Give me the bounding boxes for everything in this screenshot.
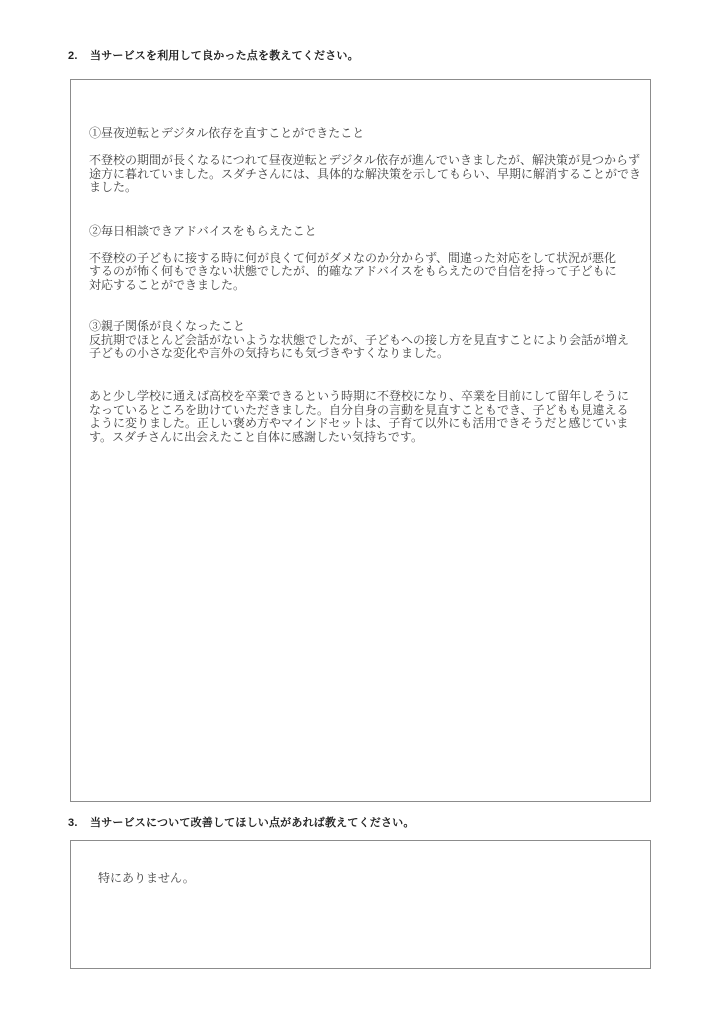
question-3-answer-text: 特にありません。: [98, 872, 642, 885]
question-2-number: 2.: [68, 49, 90, 64]
answer-section-4-body: あと少し学校に通えば高校を卒業できるという時期に不登校になり、卒業を目前にして留…: [89, 390, 646, 444]
answer-section-2-title: ②毎日相談できアドバイスをもらえたこと: [89, 225, 646, 238]
question-3-number: 3.: [68, 816, 90, 831]
question-2-label: 当サービスを利用して良かった点を教えてください。: [90, 49, 359, 64]
answer-section-3-body: 反抗期でほとんど会話がないような状態でしたが、子どもへの接し方を見直すことにより…: [89, 334, 646, 361]
question-2-heading: 2. 当サービスを利用して良かった点を教えてください。: [68, 49, 359, 64]
question-3-answer-box: 特にありません。: [70, 840, 651, 969]
question-3-heading: 3. 当サービスについて改善してほしい点があれば教えてください。: [68, 816, 415, 831]
answer-section-1-body: 不登校の期間が長くなるにつれて昼夜逆転とデジタル依存が進んでいきましたが、解決策…: [89, 154, 646, 194]
answer-section-2-body: 不登校の子どもに接する時に何が良くて何がダメなのか分からず、間違った対応をして状…: [89, 252, 646, 292]
question-2-answer-box: ①昼夜逆転とデジタル依存を直すことができたこと 不登校の期間が長くなるにつれて昼…: [70, 79, 651, 802]
question-3-label: 当サービスについて改善してほしい点があれば教えてください。: [90, 816, 415, 831]
answer-section-1-title: ①昼夜逆転とデジタル依存を直すことができたこと: [89, 127, 646, 140]
answer-section-3-title: ③親子関係が良くなったこと: [89, 320, 646, 333]
